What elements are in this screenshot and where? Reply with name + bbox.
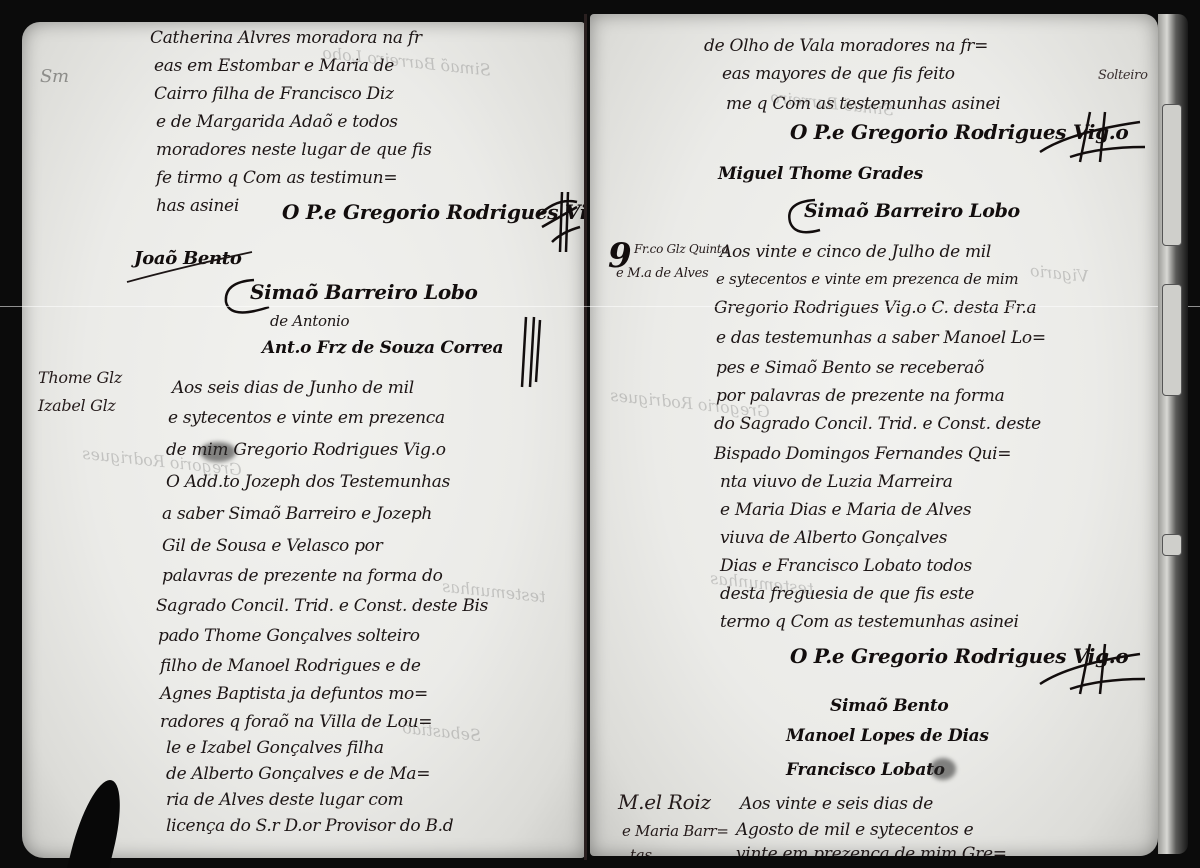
text-line: desta freguesia de que fis este bbox=[720, 584, 974, 604]
left-page: Simaõ Barreiro Lobo Gregorio Rodrigues t… bbox=[22, 22, 585, 858]
text-line: ria de Alves deste lugar com bbox=[166, 790, 403, 810]
ink-blot bbox=[930, 758, 956, 780]
witness-signature: Francisco Lobato bbox=[786, 760, 945, 780]
text-line: termo q Com as testemunhas asinei bbox=[720, 612, 1019, 632]
text-line: pes e Simaõ Bento se receberaõ bbox=[716, 358, 984, 378]
text-line: Aos vinte e cinco de Julho de mil bbox=[720, 242, 991, 262]
text-line: vinte em prezenca de mim Gre= bbox=[736, 844, 1007, 856]
page-gutter bbox=[584, 14, 587, 860]
witness-signature: Simaõ Barreiro Lobo bbox=[804, 200, 1020, 222]
text-line: eas em Estombar e Maria de bbox=[154, 56, 394, 76]
text-line: Catherina Alvres moradora na fr bbox=[150, 28, 422, 48]
margin-note: M.el Roiz bbox=[618, 790, 711, 814]
margin-note: Izabel Glz bbox=[38, 396, 116, 415]
ink-blot bbox=[200, 442, 236, 462]
text-line: Cairro filha de Francisco Diz bbox=[154, 84, 394, 104]
text-line: radores q foraõ na Villa de Lou= bbox=[160, 712, 432, 732]
witness-signature: Ant.o Frz de Souza Correa bbox=[262, 338, 503, 358]
text-line: Agnes Baptista ja defuntos mo= bbox=[160, 684, 428, 704]
text-line: Gil de Sousa e Velasco por bbox=[162, 536, 382, 556]
text-line: por palavras de prezente na forma bbox=[716, 386, 1004, 406]
left-corner-note: Sm bbox=[40, 66, 69, 87]
signature-flourish-icon bbox=[1030, 102, 1150, 172]
text-line: moradores neste lugar de que fis bbox=[156, 140, 432, 160]
margin-note: Thome Glz bbox=[38, 368, 122, 387]
text-line: le e Izabel Gonçalves filha bbox=[166, 738, 384, 758]
text-line: O Add.to Jozeph dos Testemunhas bbox=[166, 472, 450, 492]
text-line: do Sagrado Concil. Trid. e Const. deste bbox=[714, 414, 1041, 434]
text-line: e das testemunhas a saber Manoel Lo= bbox=[716, 328, 1046, 348]
signature-flourish-icon bbox=[516, 312, 546, 392]
text-line: nta viuvo de Luzia Marreira bbox=[720, 472, 953, 492]
signature-flourish-icon bbox=[1030, 634, 1150, 704]
text-line: pado Thome Gonçalves solteiro bbox=[158, 626, 420, 646]
text-line: de Olho de Vala moradores na fr= bbox=[704, 36, 988, 56]
witness-signature: de Antonio bbox=[270, 312, 349, 330]
text-line: palavras de prezente na forma do bbox=[162, 566, 443, 586]
right-corner-note: Solteiro bbox=[1098, 68, 1148, 83]
text-line: e sytecentos e vinte em prezenca de mim bbox=[716, 270, 1018, 288]
text-line: fe tirmo q Com as testimun= bbox=[156, 168, 397, 188]
signature-flourish-icon bbox=[780, 192, 830, 242]
text-line: me q Com as testemunhas asinei bbox=[726, 94, 1000, 114]
margin-note: e Maria Barr= bbox=[622, 822, 729, 840]
text-line: de Alberto Gonçalves e de Ma= bbox=[166, 764, 430, 784]
text-line: e Maria Dias e Maria de Alves bbox=[720, 500, 971, 520]
margin-note: Fr.co Glz Quinta bbox=[634, 242, 728, 256]
text-line: filho de Manoel Rodrigues e de bbox=[160, 656, 421, 676]
text-line: Dias e Francisco Lobato todos bbox=[720, 556, 972, 576]
margin-note: tas bbox=[630, 846, 652, 856]
witness-signature: Simaõ Barreiro Lobo bbox=[250, 280, 478, 304]
fold-line bbox=[0, 306, 1200, 307]
witness-signature: Manoel Lopes de Dias bbox=[786, 726, 989, 746]
text-line: e de Margarida Adaõ e todos bbox=[156, 112, 398, 132]
text-line: Aos vinte e seis dias de bbox=[740, 794, 933, 814]
margin-note: e M.a de Alves bbox=[616, 266, 708, 281]
witness-signature: Miguel Thome Grades bbox=[718, 164, 923, 184]
text-line: Aos seis dias de Junho de mil bbox=[172, 378, 414, 398]
book-edge bbox=[1158, 14, 1188, 854]
text-line: e sytecentos e vinte em prezenca bbox=[168, 408, 445, 428]
text-line: has asinei bbox=[156, 196, 239, 216]
right-page: Simaõ Barreiro Gregorio Rodrigues Vigari… bbox=[590, 14, 1158, 856]
text-line: eas mayores de que fis feito bbox=[722, 64, 955, 84]
text-line: Sagrado Concil. Trid. e Const. deste Bis bbox=[156, 596, 488, 616]
signature-flourish-icon bbox=[532, 187, 582, 257]
text-line: viuva de Alberto Gonçalves bbox=[720, 528, 947, 548]
text-line: licença do S.r D.or Provisor do B.d bbox=[166, 816, 453, 836]
text-line: a saber Simaõ Barreiro e Jozeph bbox=[162, 504, 432, 524]
witness-signature: Simaõ Bento bbox=[830, 696, 948, 716]
text-line: Gregorio Rodrigues Vig.o C. desta Fr.a bbox=[714, 298, 1036, 318]
text-line: Agosto de mil e sytecentos e bbox=[736, 820, 973, 840]
text-line: Bispado Domingos Fernandes Qui= bbox=[714, 444, 1011, 464]
manuscript-spread: Simaõ Barreiro Lobo Gregorio Rodrigues t… bbox=[0, 0, 1200, 868]
